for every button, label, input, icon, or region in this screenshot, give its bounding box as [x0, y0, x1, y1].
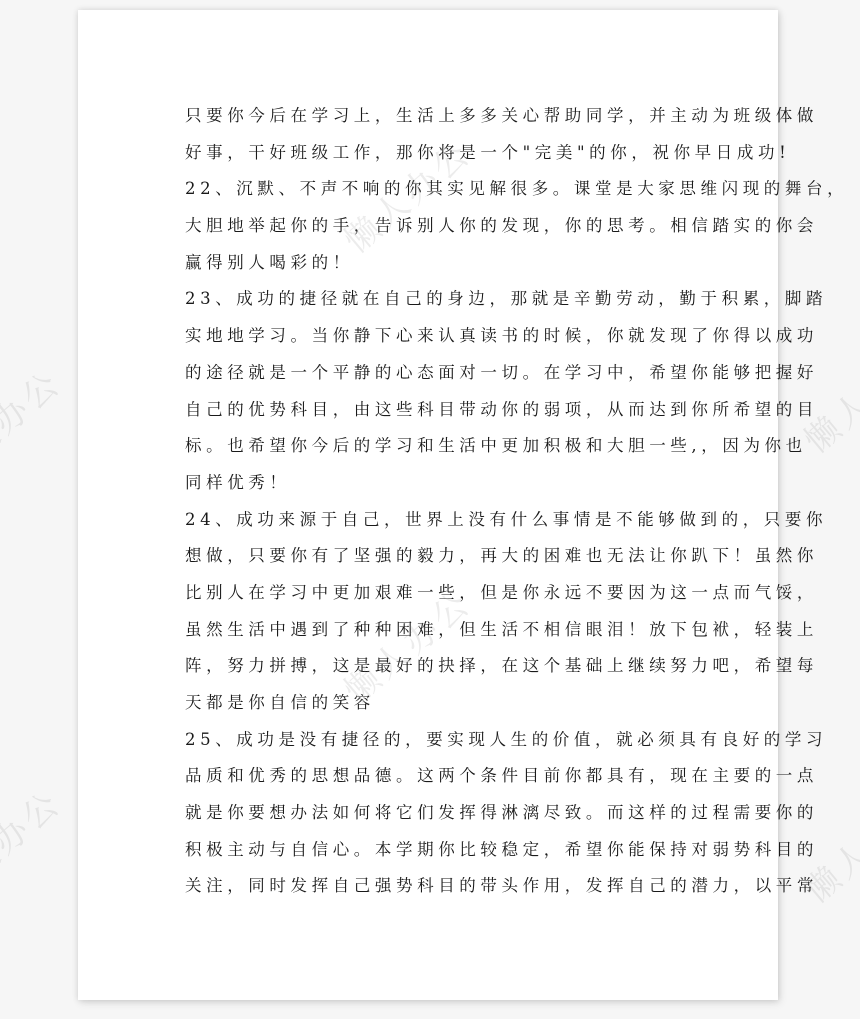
text-line: 就是你要想办法如何将它们发挥得淋漓尽致。而这样的过程需要你的	[185, 795, 705, 832]
document-page: 只要你今后在学习上，生活上多多关心帮助同学，并主动为班级体做 好事，干好班级工作…	[78, 10, 778, 1000]
text-line: 积极主动与自信心。本学期你比较稳定，希望你能保持对弱势科目的	[185, 832, 705, 869]
text-line: 想做，只要你有了坚强的毅力，再大的困难也无法让你趴下！虽然你	[185, 538, 705, 575]
text-line: 关注，同时发挥自己强势科目的带头作用，发挥自己的潜力，以平常	[185, 868, 705, 905]
text-line: 天都是你自信的笑容	[185, 685, 705, 722]
text-line: 自己的优势科目，由这些科目带动你的弱项，从而达到你所希望的目	[185, 392, 705, 429]
text-line: 比别人在学习中更加艰难一些，但是你永远不要因为这一点而气馁，	[185, 575, 705, 612]
text-line: 同样优秀！	[185, 465, 705, 502]
document-body: 只要你今后在学习上，生活上多多关心帮助同学，并主动为班级体做 好事，干好班级工作…	[185, 98, 705, 905]
text-line: 24、成功来源于自己，世界上没有什么事情是不能够做到的，只要你	[185, 502, 705, 539]
text-line: 22、沉默、不声不响的你其实见解很多。课堂是大家思维闪现的舞台，	[185, 171, 705, 208]
text-line: 的途径就是一个平静的心态面对一切。在学习中，希望你能够把握好	[185, 355, 705, 392]
text-line: 25、成功是没有捷径的，要实现人生的价值，就必须具有良好的学习	[185, 722, 705, 759]
text-line: 大胆地举起你的手，告诉别人你的发现，你的思考。相信踏实的你会	[185, 208, 705, 245]
text-line: 赢得别人喝彩的！	[185, 245, 705, 282]
text-line: 只要你今后在学习上，生活上多多关心帮助同学，并主动为班级体做	[185, 98, 705, 135]
text-line: 品质和优秀的思想品德。这两个条件目前你都具有，现在主要的一点	[185, 758, 705, 795]
watermark: 懒人办公	[0, 777, 70, 912]
text-line: 好事，干好班级工作，那你将是一个"完美"的你，祝你早日成功!	[185, 135, 705, 172]
text-line: 阵，努力拼搏，这是最好的抉择，在这个基础上继续努力吧，希望每	[185, 648, 705, 685]
text-line: 实地地学习。当你静下心来认真读书的时候，你就发现了你得以成功	[185, 318, 705, 355]
text-line: 虽然生活中遇到了种种困难，但生活不相信眼泪！放下包袱，轻装上	[185, 612, 705, 649]
text-line: 标。也希望你今后的学习和生活中更加积极和大胆一些,，因为你也	[185, 428, 705, 465]
text-line: 23、成功的捷径就在自己的身边，那就是辛勤劳动，勤于积累，脚踏	[185, 281, 705, 318]
watermark: 懒人办公	[0, 357, 70, 492]
